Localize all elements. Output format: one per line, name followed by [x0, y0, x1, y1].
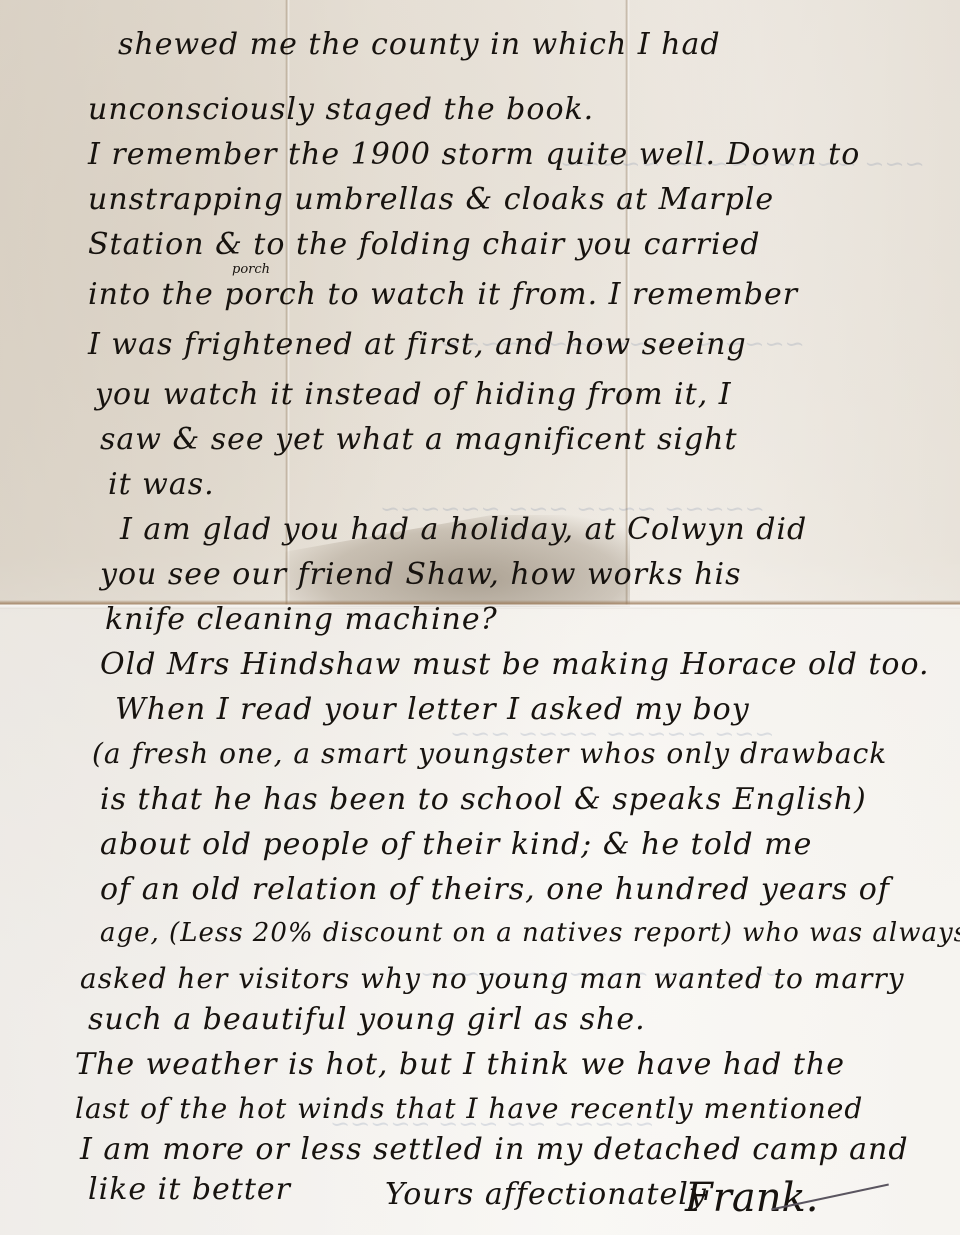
- letter-line: is that he has been to school & speaks E…: [100, 785, 867, 815]
- letter-line: unconsciously staged the book.: [88, 95, 594, 125]
- letter-line: you watch it instead of hiding from it, …: [95, 380, 732, 410]
- letter-line: like it better: [88, 1175, 291, 1205]
- letter-line: you see our friend Shaw, how works his: [100, 560, 741, 590]
- letter-line: Station & to the folding chair you carri…: [88, 230, 761, 260]
- inserted-word: porch: [232, 262, 270, 277]
- letter-line: When I read your letter I asked my boy: [115, 695, 750, 725]
- letter-line: I am more or less settled in my detached…: [80, 1135, 909, 1165]
- letter-line: saw & see yet what a magnificent sight: [100, 425, 738, 455]
- letter-line: I was frightened at first, and how seein…: [88, 330, 747, 360]
- letter-line: of an old relation of theirs, one hundre…: [100, 875, 890, 905]
- letter-line: knife cleaning machine?: [105, 605, 498, 635]
- letter-line: last of the hot winds that I have recent…: [75, 1095, 863, 1123]
- letter-line: such a beautiful young girl as she.: [88, 1005, 646, 1035]
- letter-line: unstrapping umbrellas & cloaks at Marple: [88, 185, 774, 215]
- letter-line: into the porch to watch it from. I remem…: [88, 280, 798, 310]
- letter-line: I am glad you had a holiday, at Colwyn d…: [120, 515, 807, 545]
- letter-line: The weather is hot, but I think we have …: [75, 1050, 845, 1080]
- letter-line: it was.: [108, 470, 215, 500]
- letter-line: I remember the 1900 storm quite well. Do…: [88, 140, 860, 170]
- signature: Frank.: [685, 1175, 818, 1221]
- letter-line: about old people of their kind; & he tol…: [100, 830, 812, 860]
- letter-line: asked her visitors why no young man want…: [80, 965, 905, 993]
- closing-phrase: Yours affectionately: [385, 1180, 707, 1210]
- letter-line: (a fresh one, a smart youngster whos onl…: [92, 740, 887, 768]
- letter-page: ~~~ ~~~~ ~~~~~ ~~~~~ ~~~~ ~~~ ~~~~~~ ~~~…: [0, 0, 960, 1235]
- letter-line: age, (Less 20% discount on a natives rep…: [100, 920, 960, 946]
- letter-line: Old Mrs Hindshaw must be making Horace o…: [100, 650, 930, 680]
- letter-line: shewed me the county in which I had: [118, 30, 721, 60]
